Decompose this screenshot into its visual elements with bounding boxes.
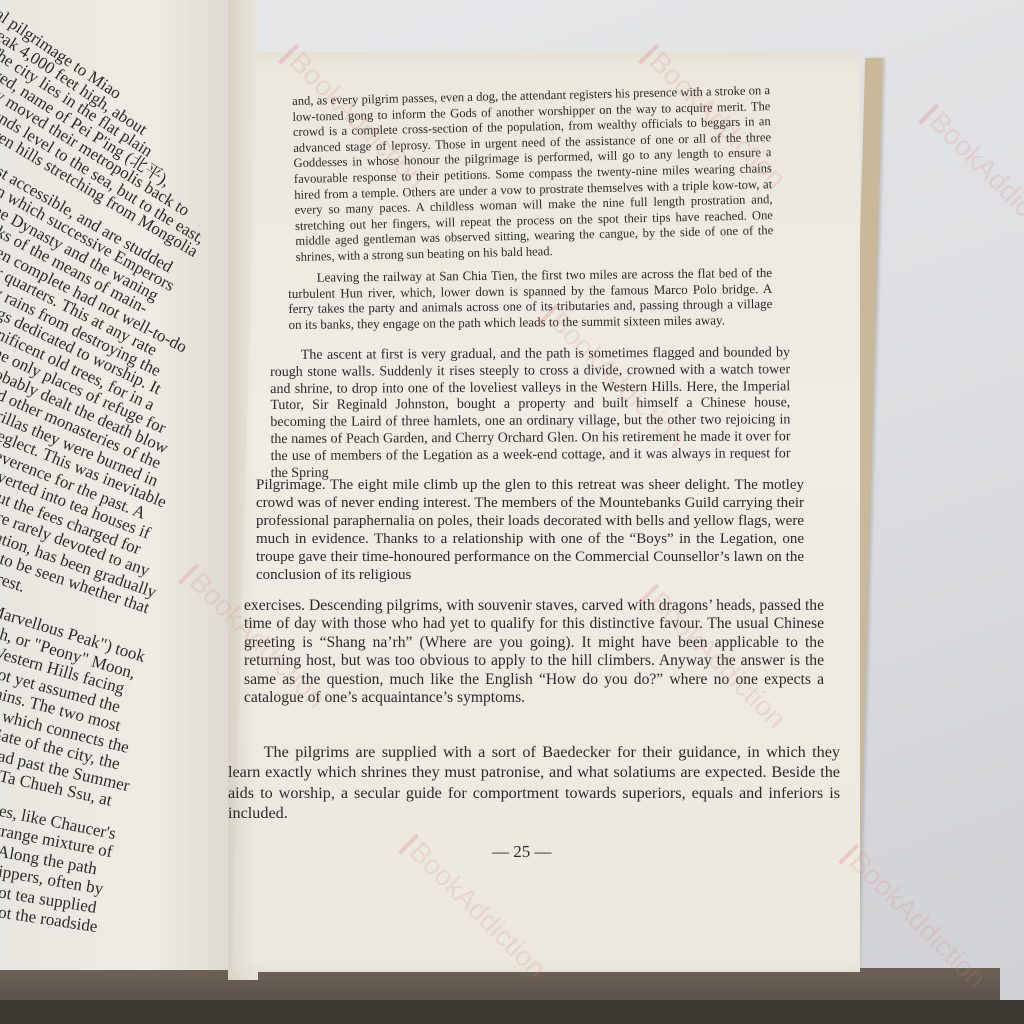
paragraph-text: and, as every pilgrim passes, even a dog… [292,83,774,265]
paragraph-text: exercises. Descending pilgrims, with sou… [244,597,824,707]
paragraph-text: Leaving the railway at San Chia Tien, th… [288,265,773,332]
paragraph-text: Pilgrimage. The eight mile climb up the … [256,476,804,584]
paragraph-railway: Leaving the railway at San Chia Tien, th… [288,265,773,332]
paragraph-text: The ascent at first is very gradual, and… [270,345,791,482]
paragraph-text: The pilgrims are supplied with a sort of… [228,742,840,824]
book-base [0,1000,1024,1024]
paragraph-pilgrim-gong: and, as every pilgrim passes, even a dog… [292,83,774,265]
paragraph-ascent-end: exercises. Descending pilgrims, with sou… [244,597,824,707]
paragraph-baedecker: The pilgrims are supplied with a sort of… [228,742,840,824]
book-photo: ual pilgrimage to MiaoPeak 4,000 feet hi… [0,0,1024,1024]
page-number: — 25 — [492,842,552,862]
paragraph-ascent: The ascent at first is very gradual, and… [270,345,791,482]
paragraph-ascent-continued: Pilgrimage. The eight mile climb up the … [256,476,804,584]
